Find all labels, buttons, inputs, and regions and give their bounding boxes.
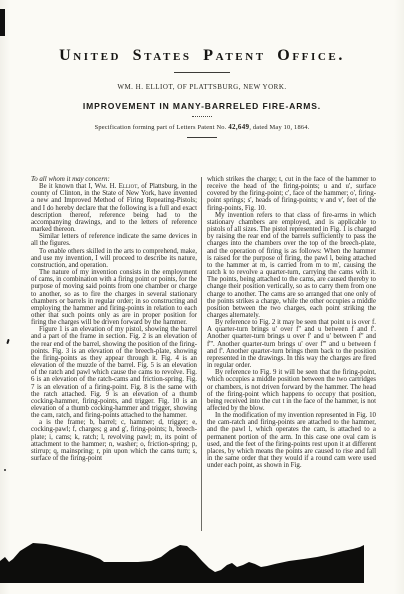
paragraph-fig2-reference: By reference to Fig. 2 it may be seen th… [207,319,376,369]
specification-line: Specification forming part of Letters Pa… [0,123,404,131]
spec-suffix: , dated May 10, 1864. [249,124,309,131]
paragraph-enablement: To enable others skilled in the arts to … [31,248,197,269]
spec-divider [187,137,217,138]
patent-number: 42,649 [228,123,249,131]
patent-document-page: United States Patent Office. WM. H. ELLI… [0,0,404,594]
page-title: United States Patent Office. [0,0,404,65]
inventor-name: Wm. H. Elliot [95,183,138,190]
paragraph-figure-list: Figure 1 is an elevation of my pistol, s… [31,326,197,419]
salutation: To all whom it may concern: [31,176,197,183]
scan-artifact-blob [0,537,366,585]
paragraph-reference-letters: Similar letters of reference indicate th… [31,233,197,247]
paragraph-part-letters: a is the frame; b, barrel; c, hammer; d,… [31,419,197,462]
left-column: To all whom it may concern: Be it known … [31,176,197,538]
body-columns: To all whom it may concern: Be it known … [0,176,404,538]
invention-headline: IMPROVEMENT IN MANY-BARRELED FIRE-ARMS. [0,101,404,111]
paragraph-part-letters-continued: which strikes the charge; t, cut in the … [207,176,376,212]
spec-prefix: Specification forming part of Letters Pa… [95,124,229,131]
paragraph-fig10-modification: In the modification of my invention repr… [207,412,376,469]
column-divider [201,177,202,531]
masthead: United States Patent Office. WM. H. ELLI… [0,0,404,138]
inventor-byline: WM. H. ELLIOT, OF PLATTSBURG, NEW YORK. [0,83,404,91]
right-column: which strikes the charge; t, cut in the … [207,176,376,538]
oath-text-after: , of Plattsburg, in the county of Clinto… [31,183,197,233]
title-divider [174,72,230,73]
oath-text-before: Be it known that I, [39,183,95,190]
paragraph-fig9-reference: By reference to Fig. 9 it will be seen t… [207,369,376,412]
dashed-divider [192,116,212,117]
paragraph-operation: My invention refers to that class of fir… [207,212,376,319]
paragraph-oath: Be it known that I, Wm. H. Elliot, of Pl… [31,183,197,233]
paragraph-nature-of-invention: The nature of my invention consists in t… [31,269,197,326]
